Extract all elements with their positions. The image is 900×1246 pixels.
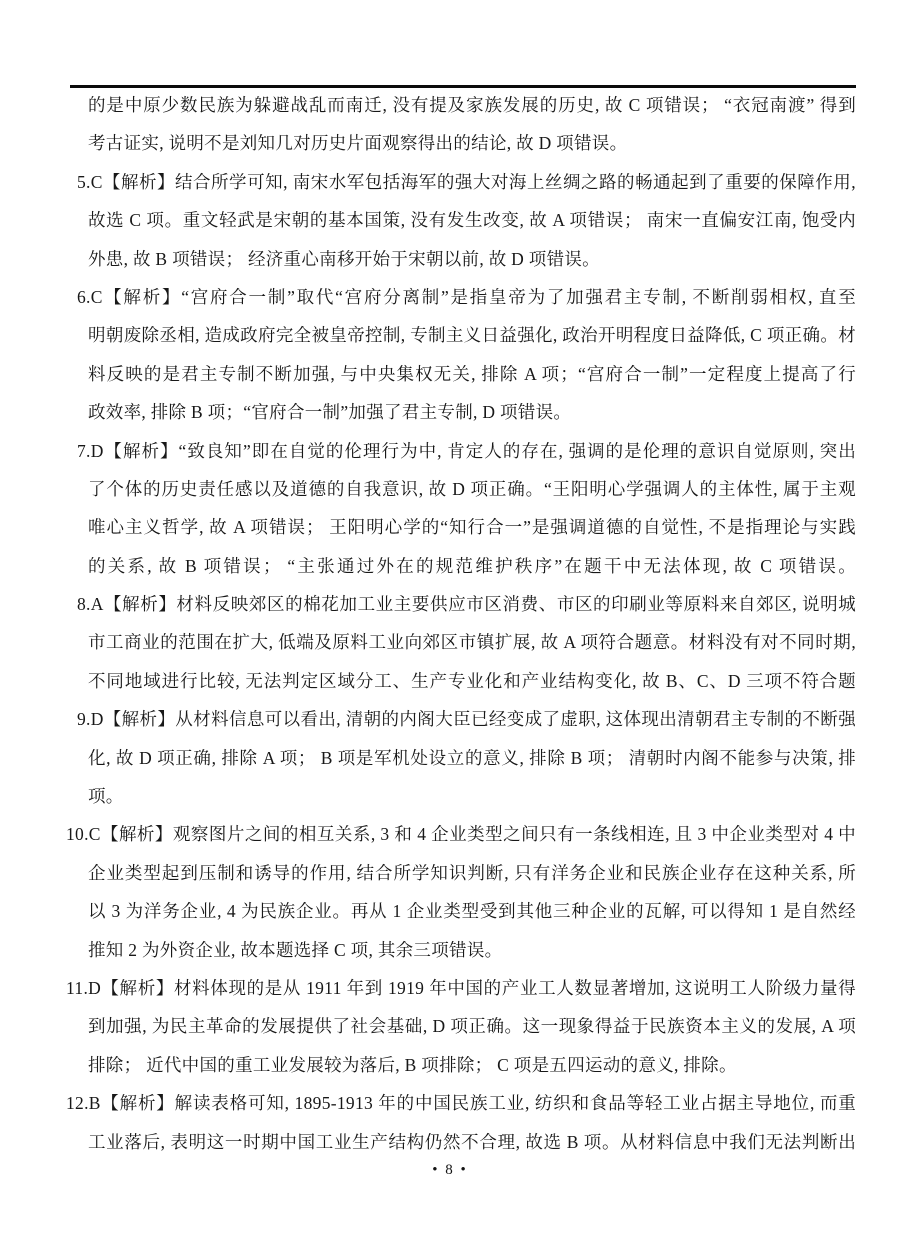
text-line: 政效率, 排除 B 项；“官府合一制”加强了君主专制, D 项错误。 <box>66 393 856 431</box>
text-line: 11.D【解析】材料体现的是从 1911 年到 1919 年中国的产业工人数显著… <box>66 969 856 1007</box>
text-line: 企业类型起到压制和诱导的作用, 结合所学知识判断, 只有洋务企业和民族企业存在这… <box>66 854 856 892</box>
text-line: 项。 <box>66 777 856 815</box>
text-line: 不同地域进行比较, 无法判定区域分工、生产专业化和产业结构变化, 故 B、C、D… <box>66 662 856 700</box>
text-line: 10.C【解析】观察图片之间的相互关系, 3 和 4 企业类型之间只有一条线相连… <box>66 815 856 853</box>
text-line: 5.C【解析】结合所学可知, 南宋水军包括海军的强大对海上丝绸之路的畅通起到了重… <box>66 163 856 201</box>
text-line: 唯心主义哲学, 故 A 项错误； 王阳明心学的“知行合一”是强调道德的自觉性, … <box>66 508 856 546</box>
text-line: 6.C【解析】“宫府合一制”取代“宫府分离制”是指皇帝为了加强君主专制, 不断削… <box>66 278 856 316</box>
answers-document: 的是中原少数民族为躲避战乱而南迁, 没有提及家族发展的历史, 故 C 项错误； … <box>66 86 856 1161</box>
text-line: 8.A【解析】材料反映郊区的棉花加工业主要供应市区消费、市区的印刷业等原料来自郊… <box>66 585 856 623</box>
text-line: 化, 故 D 项正确, 排除 A 项； B 项是军机处设立的意义, 排除 B 项… <box>66 739 856 777</box>
text-line: 7.D【解析】“致良知”即在自觉的伦理行为中, 肯定人的存在, 强调的是伦理的意… <box>66 432 856 470</box>
text-line: 明朝废除丞相, 造成政府完全被皇帝控制, 专制主义日益强化, 政治开明程度日益降… <box>66 316 856 354</box>
text-line: 推知 2 为外资企业, 故本题选择 C 项, 其余三项错误。 <box>66 931 856 969</box>
text-line: 故选 C 项。重文轻武是宋朝的基本国策, 没有发生改变, 故 A 项错误； 南宋… <box>66 201 856 239</box>
text-line: 12.B【解析】解读表格可知, 1895-1913 年的中国民族工业, 纺织和食… <box>66 1084 856 1122</box>
text-line: 排除； 近代中国的重工业发展较为落后, B 项排除； C 项是五四运动的意义, … <box>66 1046 856 1084</box>
text-line: 外患, 故 B 项错误； 经济重心南移开始于宋朝以前, 故 D 项错误。 <box>66 240 856 278</box>
text-line: 市工商业的范围在扩大, 低端及原料工业向郊区市镇扩展, 故 A 项符合题意。材料… <box>66 623 856 661</box>
text-line: 考古证实, 说明不是刘知几对历史片面观察得出的结论, 故 D 项错误。 <box>66 124 856 162</box>
text-line: 了个体的历史责任感以及道德的自我意识, 故 D 项正确。“王阳明心学强调人的主体… <box>66 470 856 508</box>
text-line: 以 3 为洋务企业, 4 为民族企业。再从 1 企业类型受到其他三种企业的瓦解,… <box>66 892 856 930</box>
page-number: • 8 • <box>0 1154 900 1186</box>
text-line: 料反映的是君主专制不断加强, 与中央集权无关, 排除 A 项；“宫府合一制”一定… <box>66 355 856 393</box>
document-page: 的是中原少数民族为躲避战乱而南迁, 没有提及家族发展的历史, 故 C 项错误； … <box>0 0 900 1246</box>
text-line: 到加强, 为民主革命的发展提供了社会基础, D 项正确。这一现象得益于民族资本主… <box>66 1007 856 1045</box>
text-line: 的关系, 故 B 项错误； “主张通过外在的规范维护秩序”在题干中无法体现, 故… <box>66 547 856 585</box>
text-line: 9.D【解析】从材料信息可以看出, 清朝的内阁大臣已经变成了虚职, 这体现出清朝… <box>66 700 856 738</box>
text-line: 的是中原少数民族为躲避战乱而南迁, 没有提及家族发展的历史, 故 C 项错误； … <box>66 86 856 124</box>
